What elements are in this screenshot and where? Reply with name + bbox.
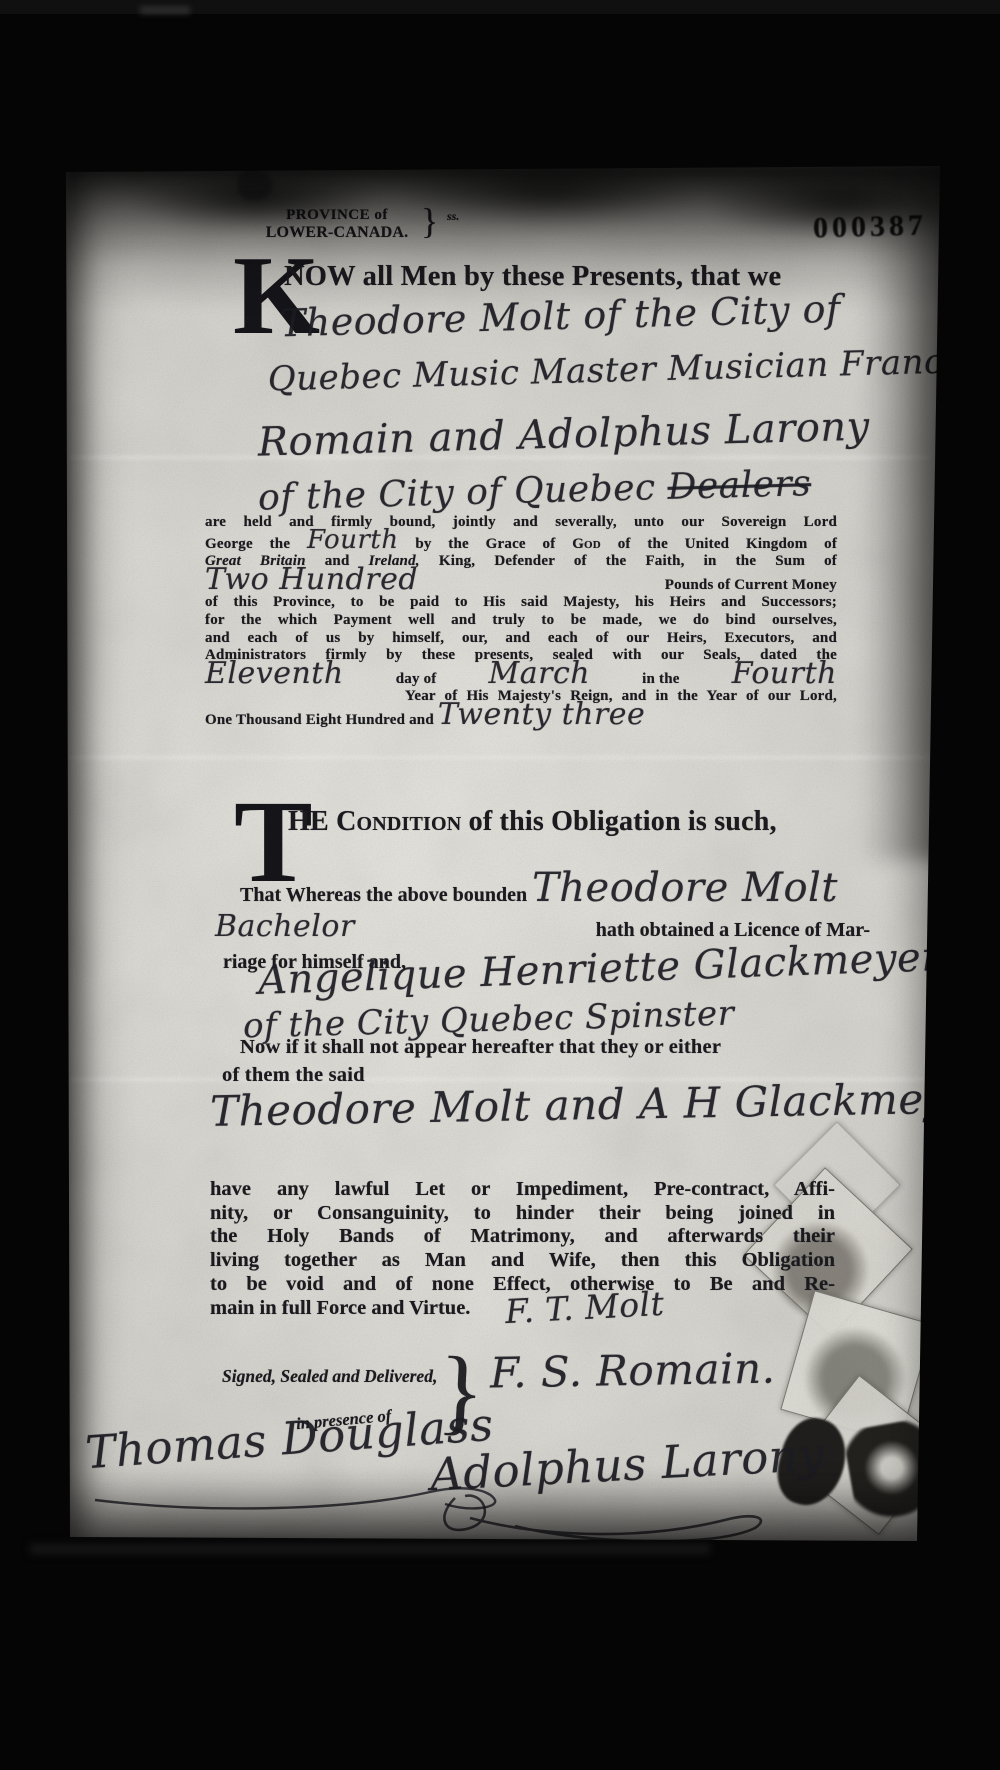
paper-edge-shadow xyxy=(66,166,940,1541)
document-photo: PROVINCE of LOWER-CANADA. } ss. 000387 K… xyxy=(0,0,1000,1770)
film-edge-strip-bottom xyxy=(30,1544,710,1554)
film-edge-mark xyxy=(140,6,190,14)
document-paper: PROVINCE of LOWER-CANADA. } ss. 000387 K… xyxy=(0,0,1000,1770)
